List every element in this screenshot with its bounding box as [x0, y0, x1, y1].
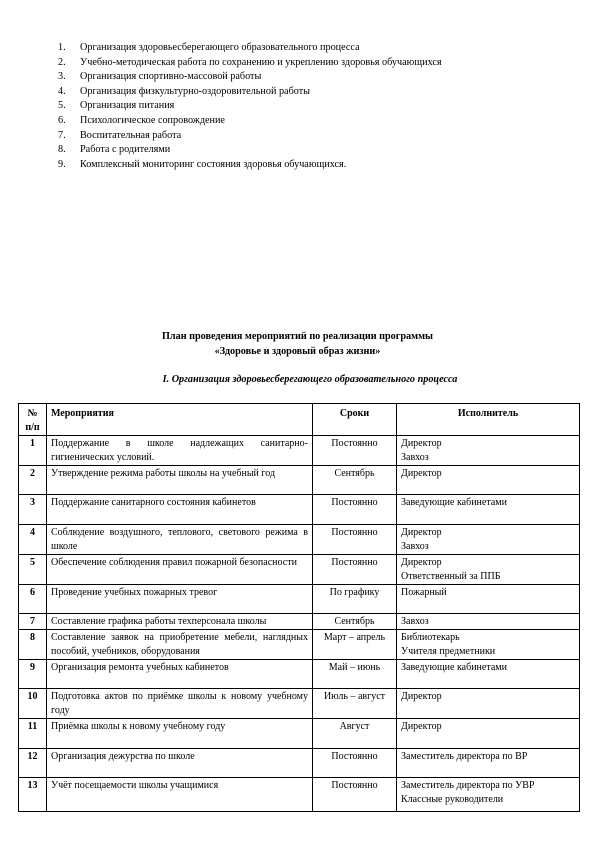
program-section-item: 6.Психологическое сопровождение: [58, 114, 442, 129]
table-row: 12Организация дежурства по школеПостоянн…: [19, 749, 580, 778]
list-number: 5.: [58, 99, 80, 114]
row-number: 5: [19, 555, 47, 585]
responsible-person: Директор: [401, 690, 575, 704]
program-section-item: 5.Организация питания: [58, 99, 442, 114]
list-text: Воспитательная работа: [80, 129, 181, 144]
row-number: 13: [19, 778, 47, 812]
program-section-item: 8.Работа с родителями: [58, 143, 442, 158]
list-number: 4.: [58, 85, 80, 100]
program-sections-list: 1.Организация здоровьесберегающего образ…: [58, 41, 442, 172]
list-number: 1.: [58, 41, 80, 56]
plan-title-line2: «Здоровье и здоровый образ жизни»: [0, 345, 595, 360]
row-event: Организация ремонта учебных кабинетов: [47, 660, 313, 689]
table-row: 2Утверждение режима работы школы на учеб…: [19, 466, 580, 495]
section-title: I. Организация здоровьесберегающего обра…: [0, 374, 595, 385]
row-event: Составление заявок на приобретение мебел…: [47, 630, 313, 660]
row-event: Соблюдение воздушного, теплового, светов…: [47, 525, 313, 555]
responsible-person: Заместитель директора по УВР: [401, 779, 575, 793]
table-row: 8Составление заявок на приобретение мебе…: [19, 630, 580, 660]
row-number: 12: [19, 749, 47, 778]
responsible-person: Завхоз: [401, 615, 575, 629]
responsible-person: Директор: [401, 556, 575, 570]
responsible-person: Библиотекарь: [401, 631, 575, 645]
row-number: 2: [19, 466, 47, 495]
program-section-item: 2.Учебно-методическая работа по сохранен…: [58, 56, 442, 71]
row-event: Утверждение режима работы школы на учебн…: [47, 466, 313, 495]
table-row: 6Проведение учебных пожарных тревогПо гр…: [19, 585, 580, 614]
program-section-item: 3.Организация спортивно-массовой работы: [58, 70, 442, 85]
table-row: 4Соблюдение воздушного, теплового, свето…: [19, 525, 580, 555]
table-row: 9Организация ремонта учебных кабинетовМа…: [19, 660, 580, 689]
row-responsible: ДиректорЗавхоз: [397, 436, 580, 466]
program-section-item: 4.Организация физкультурно-оздоровительн…: [58, 85, 442, 100]
responsible-person: Директор: [401, 526, 575, 540]
table-row: 7Составление графика работы техперсонала…: [19, 614, 580, 630]
row-event: Поддержание в школе надлежащих санитарно…: [47, 436, 313, 466]
header-event: Мероприятия: [47, 404, 313, 436]
row-responsible: Заместитель директора по ВР: [397, 749, 580, 778]
row-number: 8: [19, 630, 47, 660]
responsible-person: Ответственный за ППБ: [401, 570, 575, 584]
table-row: 11Приёмка школы к новому учебному годуАв…: [19, 719, 580, 749]
row-event: Подготовка актов по приёмке школы к ново…: [47, 689, 313, 719]
row-event: Обеспечение соблюдения правил пожарной б…: [47, 555, 313, 585]
responsible-person: Заместитель директора по ВР: [401, 750, 575, 764]
row-number: 1: [19, 436, 47, 466]
list-number: 6.: [58, 114, 80, 129]
plan-title-line1: План проведения мероприятий по реализаци…: [0, 330, 595, 345]
list-number: 7.: [58, 129, 80, 144]
row-responsible: ДиректорЗавхоз: [397, 525, 580, 555]
header-responsible: Исполнитель: [397, 404, 580, 436]
responsible-person: Директор: [401, 467, 575, 481]
row-term: Март – апрель: [313, 630, 397, 660]
row-term: Постоянно: [313, 495, 397, 525]
row-term: Сентябрь: [313, 614, 397, 630]
row-responsible: Завхоз: [397, 614, 580, 630]
row-responsible: Заведующие кабинетами: [397, 660, 580, 689]
program-section-item: 1.Организация здоровьесберегающего образ…: [58, 41, 442, 56]
row-term: По графику: [313, 585, 397, 614]
plan-title: План проведения мероприятий по реализаци…: [0, 330, 595, 359]
row-number: 6: [19, 585, 47, 614]
row-term: Август: [313, 719, 397, 749]
row-number: 4: [19, 525, 47, 555]
row-responsible: Директор: [397, 466, 580, 495]
list-number: 3.: [58, 70, 80, 85]
list-text: Учебно-методическая работа по сохранению…: [80, 56, 442, 71]
table-row: 10Подготовка актов по приёмке школы к но…: [19, 689, 580, 719]
row-number: 7: [19, 614, 47, 630]
row-term: Май – июнь: [313, 660, 397, 689]
list-number: 2.: [58, 56, 80, 71]
row-term: Постоянно: [313, 436, 397, 466]
list-text: Организация питания: [80, 99, 174, 114]
list-text: Организация физкультурно-оздоровительной…: [80, 85, 310, 100]
responsible-person: Директор: [401, 720, 575, 734]
row-number: 9: [19, 660, 47, 689]
row-responsible: Заведующие кабинетами: [397, 495, 580, 525]
program-section-item: 7.Воспитательная работа: [58, 129, 442, 144]
row-term: Постоянно: [313, 555, 397, 585]
list-text: Психологическое сопровождение: [80, 114, 225, 129]
table-row: 13Учёт посещаемости школы учащимисяПосто…: [19, 778, 580, 812]
table-header-row: № п/п Мероприятия Сроки Исполнитель: [19, 404, 580, 436]
plan-table: № п/п Мероприятия Сроки Исполнитель 1Под…: [18, 403, 580, 812]
row-event: Организация дежурства по школе: [47, 749, 313, 778]
header-num: № п/п: [19, 404, 47, 436]
row-event: Приёмка школы к новому учебному году: [47, 719, 313, 749]
row-responsible: ДиректорОтветственный за ППБ: [397, 555, 580, 585]
responsible-person: Классные руководители: [401, 793, 575, 807]
table-row: 5Обеспечение соблюдения правил пожарной …: [19, 555, 580, 585]
list-text: Организация здоровьесберегающего образов…: [80, 41, 360, 56]
row-term: Постоянно: [313, 778, 397, 812]
row-number: 11: [19, 719, 47, 749]
row-responsible: Директор: [397, 719, 580, 749]
row-event: Составление графика работы техперсонала …: [47, 614, 313, 630]
responsible-person: Завхоз: [401, 451, 575, 465]
row-responsible: БиблиотекарьУчителя предметники: [397, 630, 580, 660]
responsible-person: Заведующие кабинетами: [401, 496, 575, 510]
row-term: Июль – август: [313, 689, 397, 719]
row-term: Сентябрь: [313, 466, 397, 495]
responsible-person: Заведующие кабинетами: [401, 661, 575, 675]
row-number: 10: [19, 689, 47, 719]
row-term: Постоянно: [313, 749, 397, 778]
list-text: Работа с родителями: [80, 143, 170, 158]
list-number: 8.: [58, 143, 80, 158]
row-event: Поддержание санитарного состояния кабине…: [47, 495, 313, 525]
responsible-person: Завхоз: [401, 540, 575, 554]
responsible-person: Директор: [401, 437, 575, 451]
header-term: Сроки: [313, 404, 397, 436]
list-text: Организация спортивно-массовой работы: [80, 70, 261, 85]
list-text: Комплексный мониторинг состояния здоровь…: [80, 158, 346, 173]
program-section-item: 9.Комплексный мониторинг состояния здоро…: [58, 158, 442, 173]
responsible-person: Пожарный: [401, 586, 575, 600]
table-row: 3Поддержание санитарного состояния кабин…: [19, 495, 580, 525]
table-row: 1Поддержание в школе надлежащих санитарн…: [19, 436, 580, 466]
row-number: 3: [19, 495, 47, 525]
row-term: Постоянно: [313, 525, 397, 555]
row-responsible: Заместитель директора по УВРКлассные рук…: [397, 778, 580, 812]
responsible-person: Учителя предметники: [401, 645, 575, 659]
list-number: 9.: [58, 158, 80, 173]
row-event: Проведение учебных пожарных тревог: [47, 585, 313, 614]
row-responsible: Директор: [397, 689, 580, 719]
row-responsible: Пожарный: [397, 585, 580, 614]
row-event: Учёт посещаемости школы учащимися: [47, 778, 313, 812]
